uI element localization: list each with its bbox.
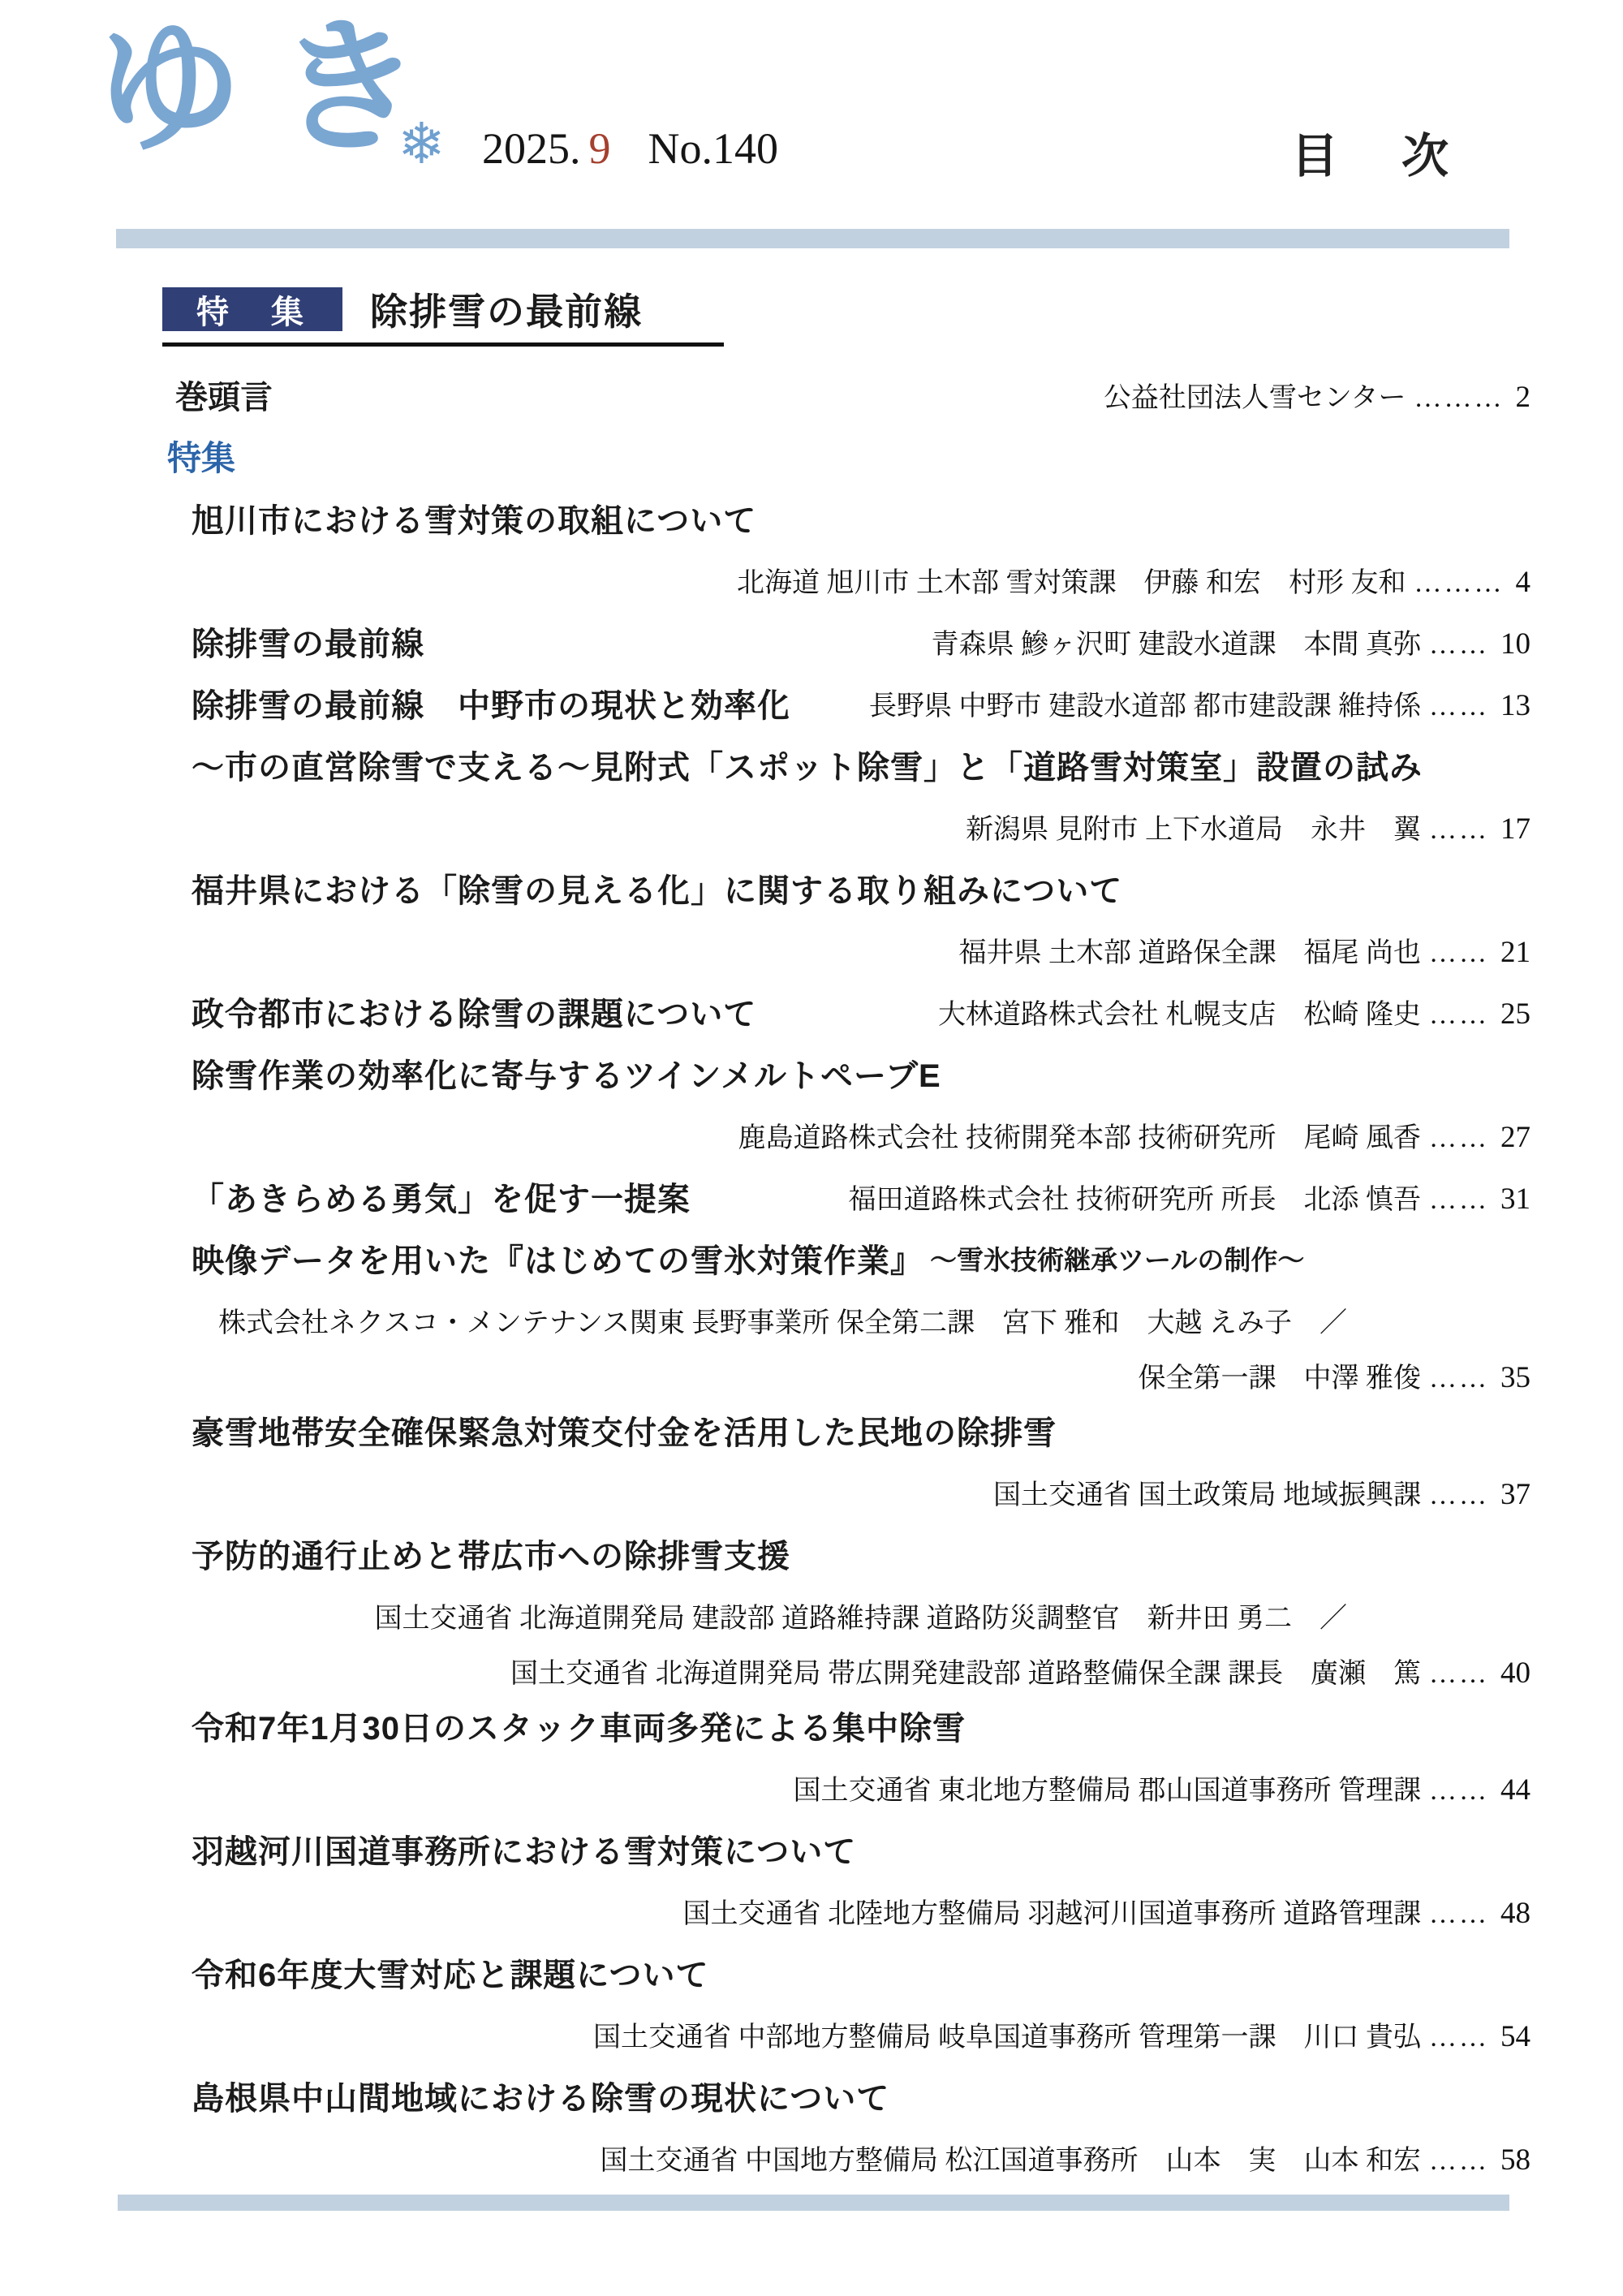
author-text: 国土交通省 北陸地方整備局 羽越河川国道事務所 道路管理課 bbox=[683, 1891, 1422, 1931]
header-divider-bar bbox=[116, 229, 1509, 248]
leader-dots: ……… bbox=[1414, 383, 1505, 414]
page-number: 25 bbox=[1500, 997, 1530, 1032]
author-line: 国土交通省 東北地方整備局 郡山国道事務所 管理課……44 bbox=[794, 1768, 1531, 1807]
toc-kicker-row: 巻頭言 公益社団法人雪センター ……… 2 bbox=[162, 364, 1530, 425]
issue-month: 9 bbox=[589, 124, 611, 173]
page-number: 40 bbox=[1500, 1656, 1530, 1691]
author-text: 鹿島道路株式会社 技術開発本部 技術研究所 尾崎 風香 bbox=[738, 1115, 1422, 1155]
author-row: 北海道 旭川市 土木部 雪対策課 伊藤 和宏 村形 友和………4 bbox=[162, 549, 1530, 610]
page-number: 27 bbox=[1500, 1120, 1530, 1155]
page-number: 48 bbox=[1500, 1896, 1530, 1931]
toc-entry: 旭川市における雪対策の取組について bbox=[162, 487, 1530, 549]
leader-dots: …… bbox=[1429, 1000, 1489, 1031]
author-line: 青森県 鰺ヶ沢町 建設水道課 本間 真弥……10 bbox=[932, 622, 1531, 661]
page-number: 13 bbox=[1500, 688, 1530, 723]
author-line: 国土交通省 中国地方整備局 松江国道事務所 山本 実 山本 和宏……58 bbox=[601, 2138, 1531, 2178]
entry-title: 映像データを用いた『はじめての雪氷対策作業』 bbox=[192, 1235, 923, 1282]
toc-entry: 予防的通行止めと帯広市への除排雪支援 bbox=[162, 1523, 1530, 1584]
page-number: 10 bbox=[1500, 627, 1530, 661]
entry-title: ～市の直営除雪で支える～見附式「スポット除雪」と「道路雪対策室」設置の試み bbox=[192, 742, 1423, 788]
footer-divider-bar bbox=[118, 2195, 1509, 2211]
issue-number: No.140 bbox=[648, 124, 779, 173]
author-text: 公益社団法人雪センター bbox=[1104, 375, 1406, 415]
author-line: 福田道路株式会社 技術研究所 所長 北添 慎吾……31 bbox=[849, 1177, 1531, 1217]
toc-entry: 除雪作業の効率化に寄与するツインメルトペーブE bbox=[162, 1042, 1530, 1104]
page-number: 31 bbox=[1500, 1182, 1530, 1217]
toc-entry: 「あきらめる勇気」を促す一提案福田道路株式会社 技術研究所 所長 北添 慎吾……… bbox=[162, 1165, 1530, 1227]
toc-entry: 豪雪地帯安全確保緊急対策交付金を活用した民地の除排雪 bbox=[162, 1399, 1530, 1461]
author-text: 新潟県 見附市 上下水道局 永井 翼 bbox=[966, 807, 1421, 846]
entry-title: 豪雪地帯安全確保緊急対策交付金を活用した民地の除排雪 bbox=[192, 1407, 1057, 1454]
author-line: 国土交通省 北陸地方整備局 羽越河川国道事務所 道路管理課……48 bbox=[683, 1891, 1531, 1931]
page-number: 44 bbox=[1500, 1773, 1530, 1807]
toc-entry: 除排雪の最前線青森県 鰺ヶ沢町 建設水道課 本間 真弥……10 bbox=[162, 610, 1530, 672]
author-line: 国土交通省 北海道開発局 建設部 道路維持課 道路防災調整官 新井田 勇二 ／ bbox=[375, 1596, 1531, 1635]
entry-title: 政令都市における除雪の課題について bbox=[192, 989, 756, 1035]
author-row: 国土交通省 北海道開発局 帯広開発建設部 道路整備保全課 課長 廣瀬 篤……40 bbox=[162, 1646, 1530, 1695]
page-number: 17 bbox=[1500, 812, 1530, 846]
toc-entry: 令和6年度大雪対応と課題について bbox=[162, 1941, 1530, 2003]
author-text: 北海道 旭川市 土木部 雪対策課 伊藤 和宏 村形 友和 bbox=[737, 560, 1406, 600]
issue-line: 2025.9No.140 bbox=[482, 127, 778, 170]
entry-title: 除排雪の最前線 中野市の現状と効率化 bbox=[192, 680, 790, 726]
kicker-title: 巻頭言 bbox=[175, 372, 273, 418]
author-line: 大林道路株式会社 札幌支店 松崎 隆史……25 bbox=[938, 992, 1530, 1032]
toc-entry: 除排雪の最前線 中野市の現状と効率化長野県 中野市 建設水道部 都市建設課 維持… bbox=[162, 672, 1530, 734]
author-text: 国土交通省 中部地方整備局 岐阜国道事務所 管理第一課 川口 貴弘 bbox=[593, 2014, 1421, 2054]
leader-dots: …… bbox=[1429, 1363, 1489, 1394]
leader-dots: …… bbox=[1429, 2022, 1489, 2053]
author-line: 国土交通省 北海道開発局 帯広開発建設部 道路整備保全課 課長 廣瀬 篤……40 bbox=[510, 1651, 1530, 1691]
author-line: 保全第一課 中澤 雅俊……35 bbox=[1139, 1355, 1531, 1395]
entry-title: 島根県中山間地域における除雪の現状について bbox=[192, 2073, 889, 2119]
author-row: 福井県 土木部 道路保全課 福尾 尚也……21 bbox=[162, 919, 1530, 980]
entry-title: 除排雪の最前線 bbox=[192, 618, 424, 665]
toc-entry: ～市の直営除雪で支える～見附式「スポット除雪」と「道路雪対策室」設置の試み bbox=[162, 734, 1530, 795]
entry-title: 予防的通行止めと帯広市への除排雪支援 bbox=[192, 1531, 790, 1577]
author-text: 保全第一課 中澤 雅俊 bbox=[1139, 1355, 1422, 1395]
author-row: 国土交通省 中国地方整備局 松江国道事務所 山本 実 山本 和宏……58 bbox=[162, 2126, 1530, 2188]
entry-title: 令和6年度大雪対応と課題について bbox=[192, 1949, 708, 1996]
contents-title: 目 次 bbox=[1291, 133, 1457, 180]
toc-entry: 島根県中山間地域における除雪の現状について bbox=[162, 2065, 1530, 2126]
leader-dots: …… bbox=[1429, 1776, 1489, 1807]
toc-entry: 令和7年1月30日のスタック車両多発による集中除雪 bbox=[162, 1695, 1530, 1756]
author-row: 保全第一課 中澤 雅俊……35 bbox=[162, 1350, 1530, 1399]
entry-title: 「あきらめる勇気」を促す一提案 bbox=[192, 1174, 691, 1220]
toc-entry: 政令都市における除雪の課題について大林道路株式会社 札幌支店 松崎 隆史……25 bbox=[162, 980, 1530, 1042]
author-line: 長野県 中野市 建設水道部 都市建設課 維持係……13 bbox=[869, 683, 1530, 723]
author-line: 株式会社ネクスコ・メンテナンス関東 長野事業所 保全第二課 宮下 雅和 大越 え… bbox=[218, 1300, 1530, 1340]
author-row: 国土交通省 中部地方整備局 岐阜国道事務所 管理第一課 川口 貴弘……54 bbox=[162, 2003, 1530, 2065]
leader-dots: …… bbox=[1429, 1123, 1489, 1154]
author-line: 福井県 土木部 道路保全課 福尾 尚也……21 bbox=[959, 930, 1531, 970]
author-text: 青森県 鰺ヶ沢町 建設水道課 本間 真弥 bbox=[932, 622, 1422, 661]
author-text: 国土交通省 中国地方整備局 松江国道事務所 山本 実 山本 和宏 bbox=[601, 2138, 1422, 2178]
entry-title: 令和7年1月30日のスタック車両多発による集中除雪 bbox=[192, 1703, 966, 1749]
entry-title: 旭川市における雪対策の取組について bbox=[192, 495, 756, 541]
author-line: 国土交通省 中部地方整備局 岐阜国道事務所 管理第一課 川口 貴弘……54 bbox=[593, 2014, 1530, 2054]
leader-dots: …… bbox=[1429, 630, 1489, 661]
leader-dots: …… bbox=[1429, 1659, 1489, 1690]
leader-dots: …… bbox=[1429, 815, 1489, 846]
author-line: 北海道 旭川市 土木部 雪対策課 伊藤 和宏 村形 友和………4 bbox=[737, 560, 1530, 600]
author-row: 新潟県 見附市 上下水道局 永井 翼……17 bbox=[162, 795, 1530, 857]
toc-entry: 映像データを用いた『はじめての雪氷対策作業』～雪氷技術継承ツールの制作～ bbox=[162, 1227, 1530, 1289]
feature-label: 特集 bbox=[167, 432, 235, 480]
author-row: 鹿島道路株式会社 技術開発本部 技術研究所 尾崎 風香……27 bbox=[162, 1104, 1530, 1165]
author-line: 鹿島道路株式会社 技術開発本部 技術研究所 尾崎 風香……27 bbox=[738, 1115, 1531, 1155]
entry-title: 福井県における「除雪の見える化」に関する取り組みについて bbox=[192, 865, 1122, 911]
page-number: 2 bbox=[1516, 380, 1531, 415]
leader-dots: ……… bbox=[1414, 568, 1505, 599]
author-text: 株式会社ネクスコ・メンテナンス関東 長野事業所 保全第二課 宮下 雅和 大越 え… bbox=[218, 1300, 1347, 1340]
toc-list: 巻頭言 公益社団法人雪センター ……… 2 特集 旭川市における雪対策の取組につ… bbox=[162, 364, 1530, 2188]
author-text: 国土交通省 東北地方整備局 郡山国道事務所 管理課 bbox=[794, 1768, 1422, 1807]
page-number: 35 bbox=[1500, 1360, 1530, 1395]
feature-badge: 特 集 bbox=[162, 287, 342, 331]
page-number: 37 bbox=[1500, 1477, 1530, 1512]
author-text: 大林道路株式会社 札幌支店 松崎 隆史 bbox=[938, 992, 1421, 1032]
author-line: 国土交通省 国土政策局 地域振興課……37 bbox=[993, 1472, 1530, 1512]
author-text: 国土交通省 北海道開発局 帯広開発建設部 道路整備保全課 課長 廣瀬 篤 bbox=[510, 1651, 1421, 1691]
page-number: 58 bbox=[1500, 2143, 1530, 2178]
author-row: 国土交通省 北海道開発局 建設部 道路維持課 道路防災調整官 新井田 勇二 ／ bbox=[162, 1584, 1530, 1646]
leader-dots: …… bbox=[1429, 1899, 1489, 1930]
feature-section-header: 特 集 除排雪の最前線 bbox=[162, 282, 724, 347]
magazine-toc-page: ゆき ❄ 2025.9No.140 目 次 特 集 除排雪の最前線 巻頭言 公益… bbox=[0, 0, 1623, 2296]
author-text: 国土交通省 北海道開発局 建設部 道路維持課 道路防災調整官 新井田 勇二 ／ bbox=[375, 1596, 1348, 1635]
author-text: 長野県 中野市 建設水道部 都市建設課 維持係 bbox=[869, 683, 1421, 723]
author-text: 国土交通省 国土政策局 地域振興課 bbox=[993, 1472, 1421, 1512]
entry-title: 羽越河川国道事務所における雪対策について bbox=[192, 1826, 856, 1872]
entry-subtitle: ～雪氷技術継承ツールの制作～ bbox=[930, 1239, 1304, 1277]
author-row: 国土交通省 東北地方整備局 郡山国道事務所 管理課……44 bbox=[162, 1756, 1530, 1818]
feature-label-row: 特集 bbox=[162, 425, 1530, 487]
issue-year: 2025. bbox=[482, 124, 581, 173]
leader-dots: …… bbox=[1429, 691, 1489, 722]
page-number: 54 bbox=[1500, 2019, 1530, 2054]
snowflake-icon: ❄ bbox=[398, 115, 446, 172]
toc-entry: 羽越河川国道事務所における雪対策について bbox=[162, 1818, 1530, 1880]
leader-dots: …… bbox=[1429, 1480, 1489, 1511]
author-text: 福田道路株式会社 技術研究所 所長 北添 慎吾 bbox=[849, 1177, 1422, 1217]
entry-title: 除雪作業の効率化に寄与するツインメルトペーブE bbox=[192, 1050, 941, 1096]
leader-dots: …… bbox=[1429, 1185, 1489, 1216]
toc-entry: 福井県における「除雪の見える化」に関する取り組みについて bbox=[162, 857, 1530, 919]
author-row: 国土交通省 国土政策局 地域振興課……37 bbox=[162, 1461, 1530, 1523]
author-line: 新潟県 見附市 上下水道局 永井 翼……17 bbox=[966, 807, 1530, 846]
feature-section-title: 除排雪の最前線 bbox=[370, 282, 643, 336]
page-number: 4 bbox=[1516, 565, 1531, 600]
author-line: 公益社団法人雪センター ……… 2 bbox=[1104, 375, 1530, 415]
page-number: 21 bbox=[1500, 935, 1530, 970]
leader-dots: …… bbox=[1429, 2146, 1489, 2177]
author-row: 国土交通省 北陸地方整備局 羽越河川国道事務所 道路管理課……48 bbox=[162, 1880, 1530, 1941]
leader-dots: …… bbox=[1429, 938, 1489, 969]
author-text: 福井県 土木部 道路保全課 福尾 尚也 bbox=[959, 930, 1422, 970]
author-row: 株式会社ネクスコ・メンテナンス関東 長野事業所 保全第二課 宮下 雅和 大越 え… bbox=[162, 1289, 1530, 1350]
